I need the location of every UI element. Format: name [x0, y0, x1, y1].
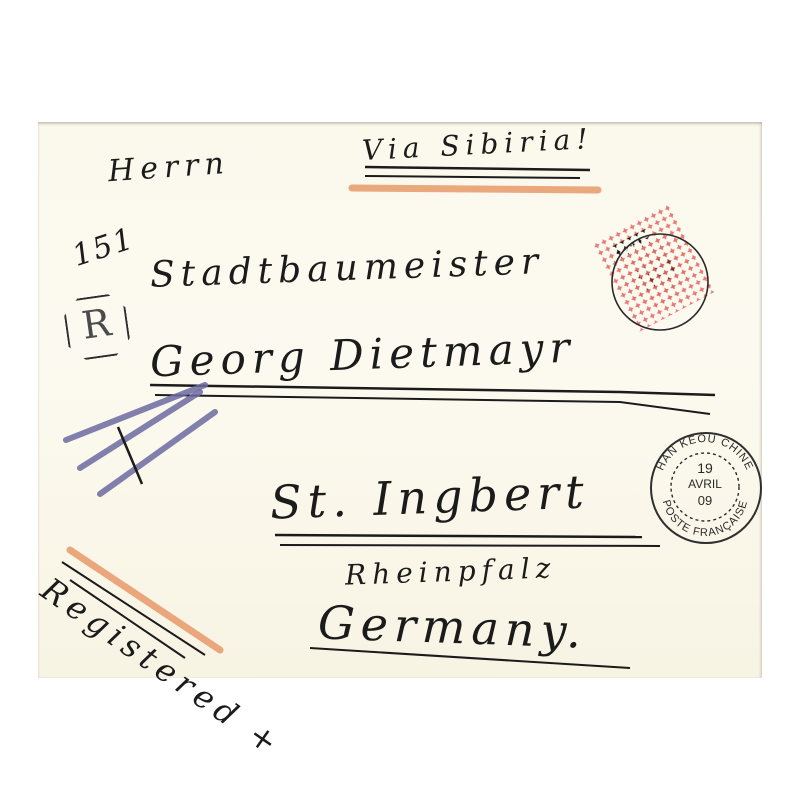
postmark-month: AVRIL	[680, 477, 730, 491]
country: Germany.	[317, 595, 588, 658]
registration-letter: R	[79, 300, 113, 348]
postmark-year: 09	[690, 493, 720, 508]
stamp-value: 50	[630, 249, 683, 300]
stamp-overprint: Chine	[613, 228, 654, 259]
envelope	[38, 122, 762, 678]
city: St. Ingbert	[269, 464, 590, 529]
postmark-day: 19	[690, 460, 720, 476]
